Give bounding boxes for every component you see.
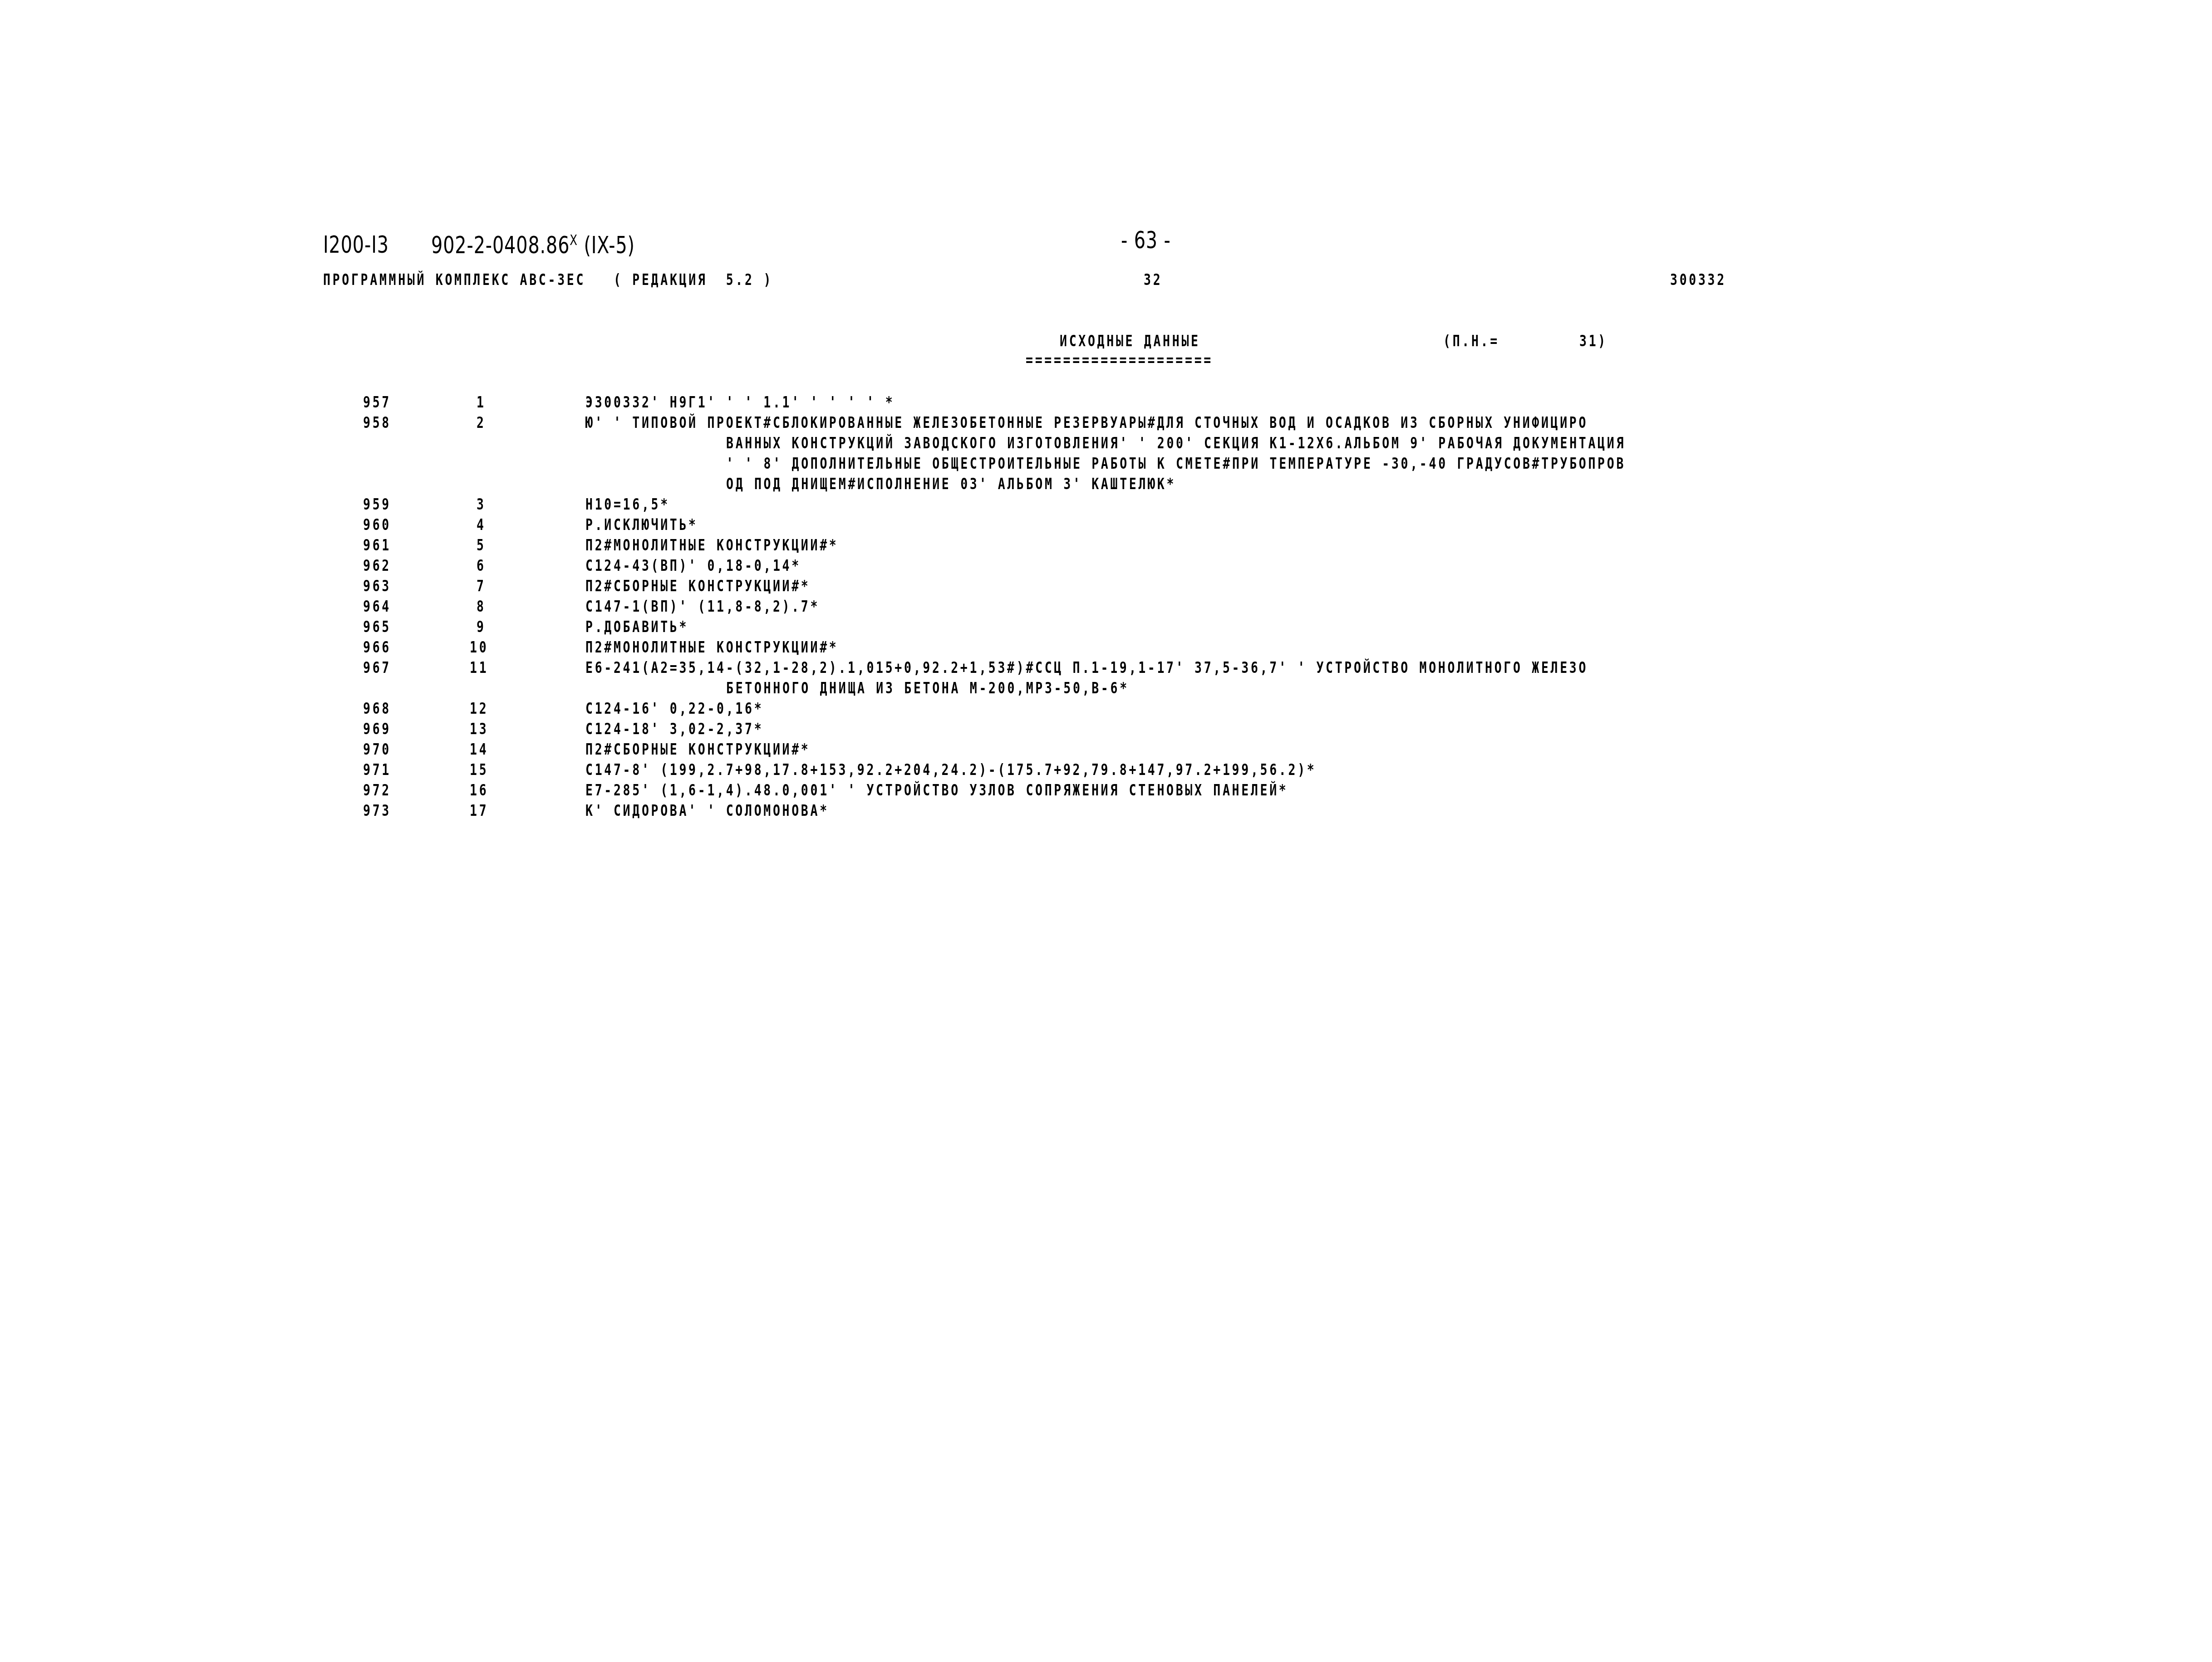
project-code-suffix: (IX-5) xyxy=(578,232,635,259)
record-index: 9 xyxy=(477,617,486,637)
doc-code: I200-I3 xyxy=(323,231,389,259)
line-number: 969 xyxy=(363,719,391,740)
project-code: 902-2-0408.86X (IX-5) xyxy=(431,231,635,259)
record-text-continuation: ' ' 8' ДОПОЛНИТЕЛЬНЫЕ ОБЩЕСТРОИТЕЛЬНЫЕ Р… xyxy=(726,454,1626,474)
line-number: 973 xyxy=(363,801,391,821)
program-line: ПРОГРАММНЫЙ КОМПЛЕКС АВС-ЗЕС ( РЕДАКЦИЯ … xyxy=(323,270,773,290)
record-text: К' СИДОРОВА' ' СОЛОМОНОВА* xyxy=(585,801,829,821)
line-number: 959 xyxy=(363,495,391,515)
line-number: 963 xyxy=(363,576,391,597)
record-text: Э300332' Н9Г1' ' ' 1.1' ' ' ' ' * xyxy=(585,392,895,413)
section-underline: ==================== xyxy=(1026,350,1213,371)
record-text-continuation: ВАННЫХ КОНСТРУКЦИЙ ЗАВОДСКОГО ИЗГОТОВЛЕН… xyxy=(726,433,1626,454)
record-index: 5 xyxy=(477,535,486,556)
record-index: 4 xyxy=(477,515,486,535)
line-number: 968 xyxy=(363,699,391,719)
document-code: 300332 xyxy=(1670,270,1726,290)
line-number: 970 xyxy=(363,740,391,760)
record-index: 11 xyxy=(470,658,488,678)
record-index: 14 xyxy=(470,740,488,760)
line-number: 971 xyxy=(363,760,391,780)
record-text: Н10=16,5* xyxy=(585,495,670,515)
line-number: 965 xyxy=(363,617,391,637)
record-text: С124-43(ВП)' 0,18-0,14* xyxy=(585,556,801,576)
record-index: 7 xyxy=(477,576,486,597)
record-text: Р.ИСКЛЮЧИТЬ* xyxy=(585,515,698,535)
record-index: 6 xyxy=(477,556,486,576)
record-text: Е7-285' (1,6-1,4).48.0,001' ' УСТРОЙСТВО… xyxy=(585,780,1288,801)
record-text: П2#СБОРНЫЕ КОНСТРУКЦИИ#* xyxy=(585,576,811,597)
record-index: 13 xyxy=(470,719,488,740)
record-text: С147-1(ВП)' (11,8-8,2).7* xyxy=(585,597,820,617)
record-index: 2 xyxy=(477,413,486,433)
record-index: 10 xyxy=(470,637,488,658)
line-number: 972 xyxy=(363,780,391,801)
record-index: 8 xyxy=(477,597,486,617)
project-code-main: 902-2-0408.86 xyxy=(431,232,570,259)
line-number: 957 xyxy=(363,392,391,413)
record-text: Е6-241(А2=35,14-(32,1-28,2).1,015+0,92.2… xyxy=(585,658,1588,678)
record-index: 15 xyxy=(470,760,488,780)
section-title: ИСХОДНЫЕ ДАННЫЕ xyxy=(1060,331,1200,352)
line-number: 966 xyxy=(363,637,391,658)
record-text: Р.ДОБАВИТЬ* xyxy=(585,617,688,637)
line-number: 960 xyxy=(363,515,391,535)
line-number: 964 xyxy=(363,597,391,617)
record-text-continuation: БЕТОННОГО ДНИЩА ИЗ БЕТОНА М-200,МРЗ-50,В… xyxy=(726,678,1129,699)
record-text: П2#МОНОЛИТНЫЕ КОНСТРУКЦИИ#* xyxy=(585,637,838,658)
record-text: Ю' ' ТИПОВОЙ ПРОЕКТ#СБЛОКИРОВАННЫЕ ЖЕЛЕЗ… xyxy=(585,413,1588,433)
record-text: С124-18' 3,02-2,37* xyxy=(585,719,763,740)
record-index: 17 xyxy=(470,801,488,821)
record-index: 1 xyxy=(477,392,486,413)
pn-label: (П.Н.= xyxy=(1443,331,1499,352)
pn-value: 31) xyxy=(1579,331,1607,352)
sheet-number: 32 xyxy=(1144,270,1162,290)
record-text-continuation: ОД ПОД ДНИЩЕМ#ИСПОЛНЕНИЕ 03' АЛЬБОМ 3' К… xyxy=(726,474,1176,495)
line-number: 961 xyxy=(363,535,391,556)
record-text: С147-8' (199,2.7+98,17.8+153,92.2+204,24… xyxy=(585,760,1316,780)
record-index: 12 xyxy=(470,699,488,719)
page-number: - 63 - xyxy=(1121,227,1171,254)
record-index: 3 xyxy=(477,495,486,515)
project-code-sup: X xyxy=(570,231,578,249)
record-text: П2#МОНОЛИТНЫЕ КОНСТРУКЦИИ#* xyxy=(585,535,838,556)
record-text: С124-16' 0,22-0,16* xyxy=(585,699,763,719)
record-index: 16 xyxy=(470,780,488,801)
line-number: 958 xyxy=(363,413,391,433)
record-text: П2#СБОРНЫЕ КОНСТРУКЦИИ#* xyxy=(585,740,811,760)
line-number: 962 xyxy=(363,556,391,576)
line-number: 967 xyxy=(363,658,391,678)
